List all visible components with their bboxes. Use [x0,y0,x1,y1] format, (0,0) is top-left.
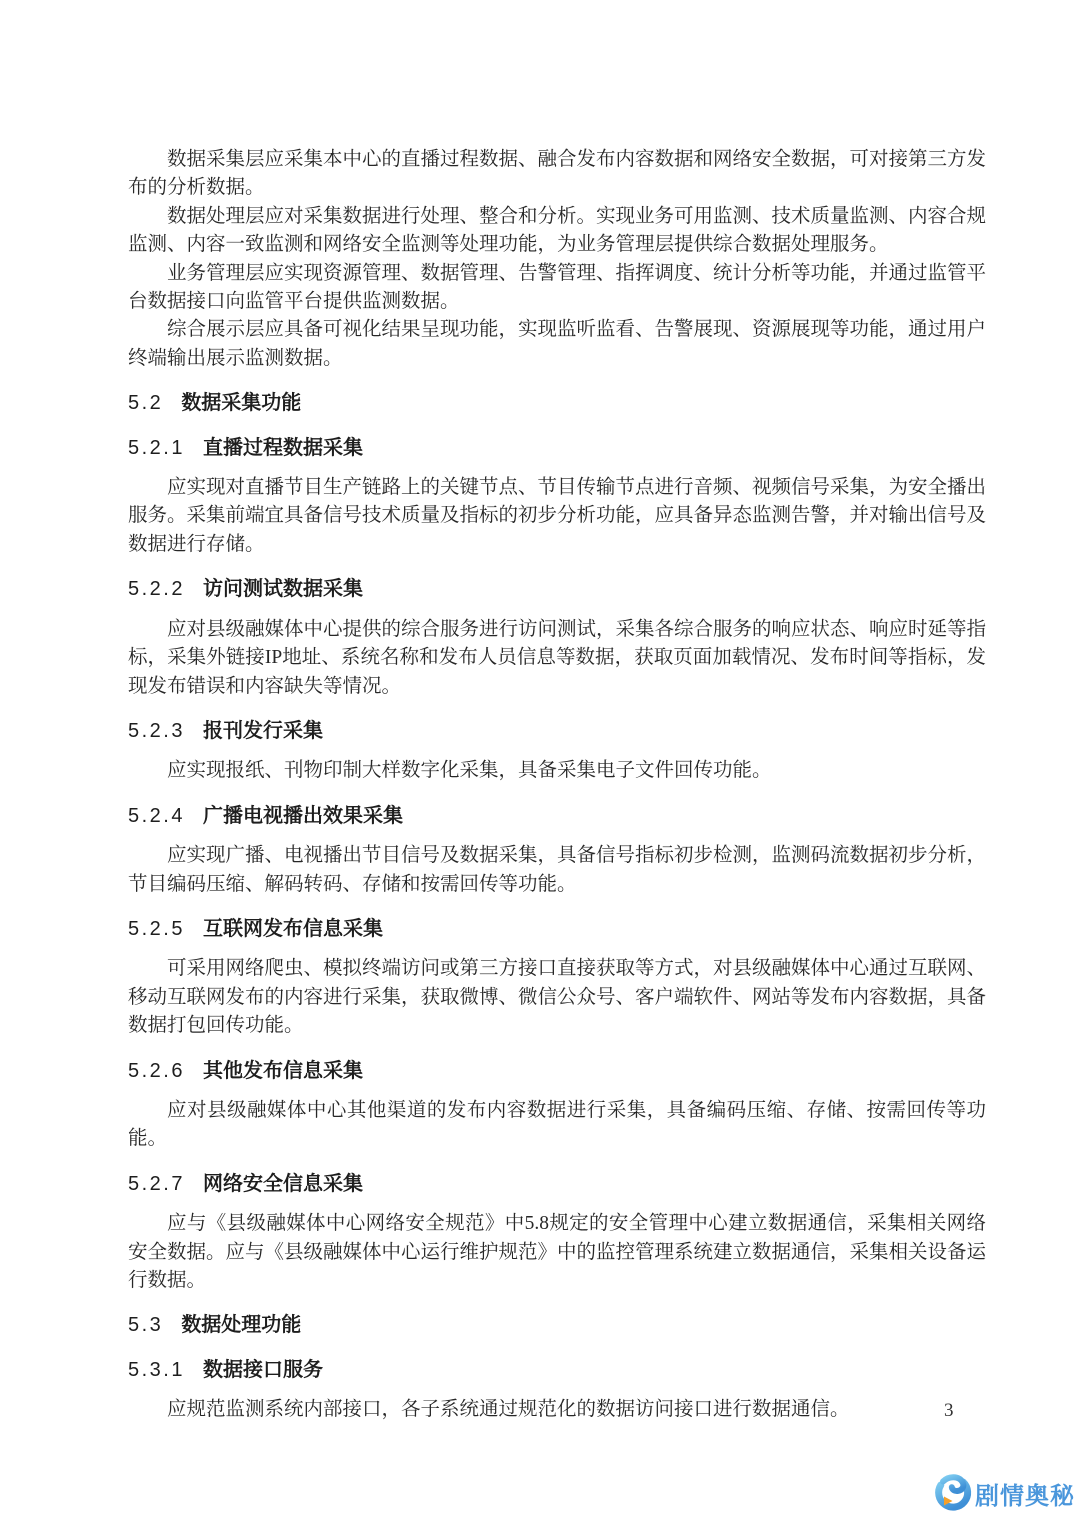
watermark: 剧情奥秘 [932,1473,1075,1513]
subsection-heading: 5.2.2访问测试数据采集 [128,575,986,603]
play-swirl-icon [932,1473,972,1513]
body-paragraph: 数据采集层应采集本中心的直播过程数据、融合发布内容数据和网络安全数据，可对接第三… [128,146,986,203]
section-heading: 5.2数据采集功能 [128,389,986,417]
page-number: 3 [944,1398,954,1424]
watermark-text: 剧情奥秘 [975,1476,1075,1511]
heading-number: 5.2.5 [128,918,185,940]
heading-title: 广播电视播出效果采集 [203,805,403,827]
subsection-heading: 5.2.6其他发布信息采集 [128,1057,986,1085]
heading-title: 其他发布信息采集 [203,1060,363,1082]
heading-title: 网络安全信息采集 [203,1173,363,1195]
heading-number: 5.2.1 [128,437,185,459]
document-page: 数据采集层应采集本中心的直播过程数据、融合发布内容数据和网络安全数据，可对接第三… [0,0,1080,1527]
body-paragraph: 可采用网络爬虫、模拟终端访问或第三方接口直接获取等方式，对县级融媒体中心通过互联… [128,955,986,1040]
heading-title: 访问测试数据采集 [203,578,363,600]
heading-number: 5.2 [128,392,163,414]
heading-number: 5.2.3 [128,720,185,742]
body-paragraph: 应规范监测系统内部接口，各子系统通过规范化的数据访问接口进行数据通信。 [128,1396,986,1424]
section-heading: 5.3数据处理功能 [128,1311,986,1339]
body-paragraph: 应实现对直播节目生产链路上的关键节点、节目传输节点进行音频、视频信号采集，为安全… [128,474,986,559]
heading-title: 数据采集功能 [181,392,301,414]
document-content: 数据采集层应采集本中心的直播过程数据、融合发布内容数据和网络安全数据，可对接第三… [128,146,986,1425]
subsection-heading: 5.3.1数据接口服务 [128,1356,986,1384]
subsection-heading: 5.2.7网络安全信息采集 [128,1170,986,1198]
subsection-heading: 5.2.4广播电视播出效果采集 [128,802,986,830]
subsection-heading: 5.2.1直播过程数据采集 [128,434,986,462]
heading-number: 5.3 [128,1314,163,1336]
body-paragraph: 综合展示层应具备可视化结果呈现功能，实现监听监看、告警展现、资源展现等功能，通过… [128,316,986,373]
heading-number: 5.2.2 [128,578,185,600]
heading-number: 5.2.7 [128,1173,185,1195]
heading-title: 互联网发布信息采集 [203,918,383,940]
heading-title: 报刊发行采集 [203,720,323,742]
body-paragraph: 应与《县级融媒体中心网络安全规范》中5.8规定的安全管理中心建立数据通信，采集相… [128,1210,986,1295]
body-paragraph: 应对县级融媒体中心提供的综合服务进行访问测试，采集各综合服务的响应状态、响应时延… [128,616,986,701]
body-paragraph: 应实现报纸、刊物印制大样数字化采集，具备采集电子文件回传功能。 [128,757,986,785]
heading-number: 5.2.6 [128,1060,185,1082]
heading-title: 数据处理功能 [181,1314,301,1336]
body-paragraph: 业务管理层应实现资源管理、数据管理、告警管理、指挥调度、统计分析等功能，并通过监… [128,260,986,317]
heading-number: 5.2.4 [128,805,185,827]
subsection-heading: 5.2.5互联网发布信息采集 [128,915,986,943]
body-paragraph: 数据处理层应对采集数据进行处理、整合和分析。实现业务可用监测、技术质量监测、内容… [128,203,986,260]
body-paragraph: 应对县级融媒体中心其他渠道的发布内容数据进行采集，具备编码压缩、存储、按需回传等… [128,1097,986,1154]
heading-title: 数据接口服务 [203,1359,323,1381]
heading-title: 直播过程数据采集 [203,437,363,459]
subsection-heading: 5.2.3报刊发行采集 [128,717,986,745]
body-paragraph: 应实现广播、电视播出节目信号及数据采集，具备信号指标初步检测，监测码流数据初步分… [128,842,986,899]
heading-number: 5.3.1 [128,1359,185,1381]
